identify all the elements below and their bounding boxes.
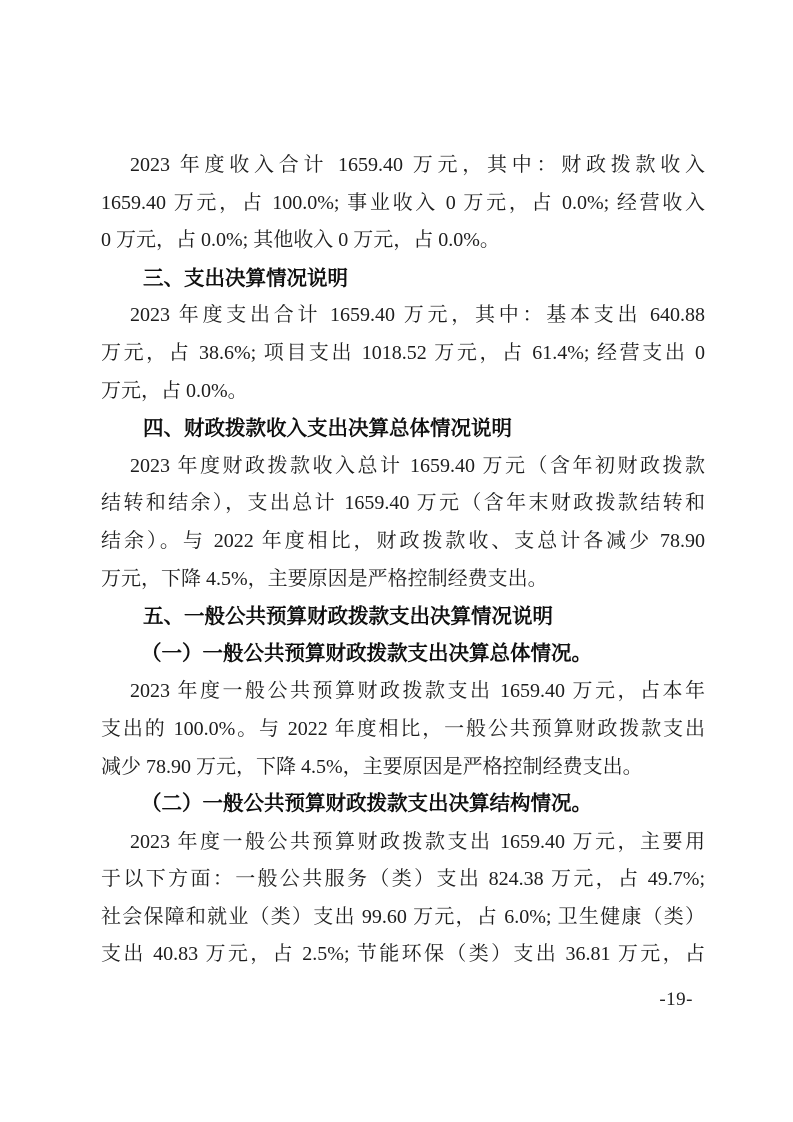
text-line: 2023 年度一般公共预算财政拨款支出 1659.40 万元，占本年 bbox=[101, 673, 705, 711]
text-line: 支出 40.83 万元，占 2.5%; 节能环保（类）支出 36.81 万元，占 bbox=[101, 936, 705, 974]
document-page: 2023 年度收入合计 1659.40 万元，其中：财政拨款收入 1659.40… bbox=[0, 0, 793, 1122]
text-line: 减少 78.90 万元，下降 4.5%，主要原因是严格控制经费支出。 bbox=[101, 749, 705, 787]
text-line: 于以下方面：一般公共服务（类）支出 824.38 万元，占 49.7%; bbox=[101, 861, 705, 899]
text-line: 万元，占 38.6%; 项目支出 1018.52 万元，占 61.4%; 经营支… bbox=[101, 335, 705, 373]
document-body: 2023 年度收入合计 1659.40 万元，其中：财政拨款收入 1659.40… bbox=[101, 147, 705, 974]
heading-section-3: 三、支出决算情况说明 bbox=[101, 260, 705, 298]
text-line: 支出的 100.0%。与 2022 年度相比，一般公共预算财政拨款支出 bbox=[101, 711, 705, 749]
text-line: 0 万元，占 0.0%; 其他收入 0 万元，占 0.0%。 bbox=[101, 222, 705, 260]
text-line: 2023 年度财政拨款收入总计 1659.40 万元（含年初财政拨款 bbox=[101, 448, 705, 486]
text-line: 2023 年度收入合计 1659.40 万元，其中：财政拨款收入 bbox=[101, 147, 705, 185]
text-line: 2023 年度一般公共预算财政拨款支出 1659.40 万元，主要用 bbox=[101, 824, 705, 862]
text-line: 社会保障和就业（类）支出 99.60 万元，占 6.0%; 卫生健康（类） bbox=[101, 899, 705, 937]
heading-section-5: 五、一般公共预算财政拨款支出决算情况说明 bbox=[101, 598, 705, 636]
text-line: 2023 年度支出合计 1659.40 万元，其中：基本支出 640.88 bbox=[101, 297, 705, 335]
text-line: 结转和结余），支出总计 1659.40 万元（含年末财政拨款结转和 bbox=[101, 485, 705, 523]
heading-section-4: 四、财政拨款收入支出决算总体情况说明 bbox=[101, 410, 705, 448]
text-line: 万元，占 0.0%。 bbox=[101, 373, 705, 411]
subheading-5-1: （一）一般公共预算财政拨款支出决算总体情况。 bbox=[101, 636, 705, 674]
text-line: 结余）。与 2022 年度相比，财政拨款收、支总计各减少 78.90 bbox=[101, 523, 705, 561]
text-line: 1659.40 万元，占 100.0%; 事业收入 0 万元，占 0.0%; 经… bbox=[101, 185, 705, 223]
page-number: -19- bbox=[659, 988, 693, 1012]
text-line: 万元，下降 4.5%，主要原因是严格控制经费支出。 bbox=[101, 561, 705, 599]
subheading-5-2: （二）一般公共预算财政拨款支出决算结构情况。 bbox=[101, 786, 705, 824]
